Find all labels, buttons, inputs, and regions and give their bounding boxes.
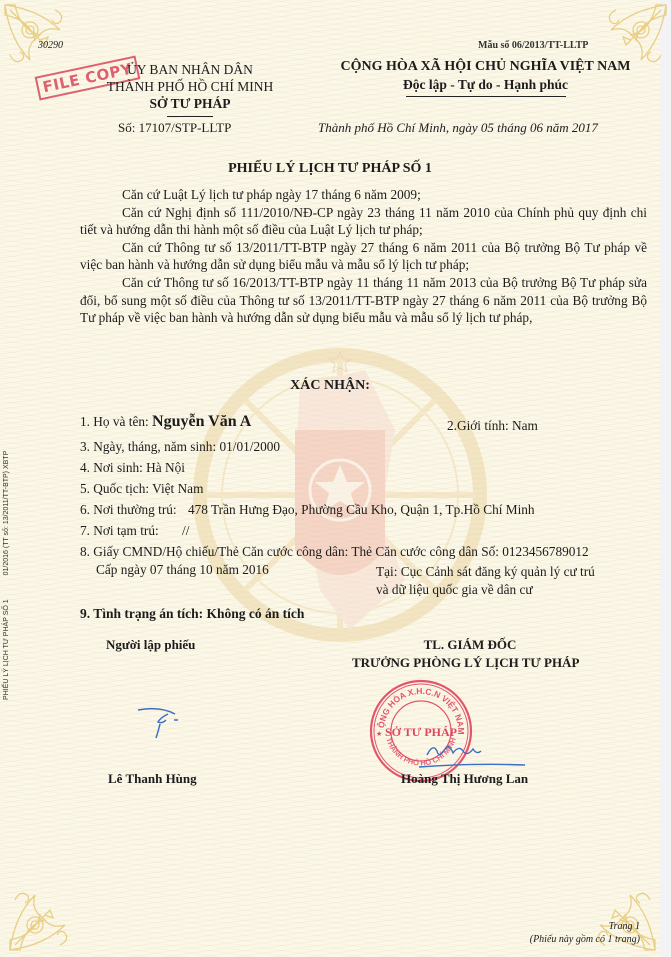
document-title: PHIẾU LÝ LỊCH TƯ PHÁP SỐ 1 xyxy=(0,161,660,177)
serial-number: 30290 xyxy=(38,40,63,51)
agency-line-2: THÀNH PHỐ HỒ CHÍ MINH xyxy=(100,78,280,95)
field-full-name: 1. Họ và tên: Nguyễn Văn A xyxy=(80,413,251,431)
preparer-signature xyxy=(130,700,200,750)
full-name-value: Nguyễn Văn A xyxy=(152,413,251,430)
permanent-label: 6. Nơi thường trú: xyxy=(80,502,177,517)
temporary-label: 7. Nơi tạm trú: xyxy=(80,523,159,538)
field-permanent-address: 6. Nơi thường trú: 478 Trần Hưng Đạo, Ph… xyxy=(80,501,535,519)
legal-basis-4: Căn cứ Thông tư số 16/2013/TT-BTP ngày 1… xyxy=(80,274,647,327)
scan-edge xyxy=(660,0,671,957)
place-date: Thành phố Hồ Chí Minh, ngày 05 tháng 06 … xyxy=(318,120,598,136)
nationality-label: 5. Quốc tịch: xyxy=(80,481,149,496)
margin-note: PHIẾU LÝ LỊCH TƯ PHÁP SỐ 1 01/2016 (TT s… xyxy=(3,429,10,700)
gender-value: Nam xyxy=(512,418,538,433)
document-number: Số: 17107/STP-LLTP xyxy=(118,120,231,136)
form-code: Mẫu số 06/2013/TT-LLTP xyxy=(478,40,588,51)
legal-basis-3: Căn cứ Thông tư số 13/2011/TT-BTP ngày 2… xyxy=(80,239,647,274)
agency-line-3: SỞ TƯ PHÁP xyxy=(100,95,280,112)
legal-bases: Căn cứ Luật Lý lịch tư pháp ngày 17 thán… xyxy=(80,186,647,327)
legal-basis-2: Căn cứ Nghị định số 111/2010/NĐ-CP ngày … xyxy=(80,204,647,239)
page-number: Trang 1 xyxy=(500,920,640,933)
field-gender: 2.Giới tính: Nam xyxy=(447,417,538,435)
legal-basis-1: Căn cứ Luật Lý lịch tư pháp ngày 17 thán… xyxy=(80,186,647,204)
page-count-note: (Phiếu này gồm có 1 trang) xyxy=(500,933,640,946)
approver-signature xyxy=(415,735,535,775)
approver-title-1: TL. GIÁM ĐỐC xyxy=(0,637,671,653)
id-issue-place-1: Tại: Cục Cảnh sát đăng ký quản lý cư trú xyxy=(376,563,595,581)
agency-line-1: ỦY BAN NHÂN DÂN xyxy=(100,61,280,78)
nation-motto: Độc lập - Tự do - Hạnh phúc xyxy=(308,76,663,94)
criminal-record-status: 9. Tình trạng án tích: Không có án tích xyxy=(80,605,304,623)
field-temporary-address: 7. Nơi tạm trú: // xyxy=(80,522,189,540)
full-name-label: 1. Họ và tên: xyxy=(80,414,149,429)
permanent-value: 478 Trần Hưng Đạo, Phường Cầu Kho, Quận … xyxy=(188,502,535,517)
motto-divider xyxy=(406,96,566,97)
agency-divider xyxy=(167,116,213,117)
birthplace-label: 4. Nơi sinh: xyxy=(80,460,143,475)
svg-text:★: ★ xyxy=(376,730,382,738)
nation-name: CỘNG HÒA XÃ HỘI CHỦ NGHĨA VIỆT NAM xyxy=(308,58,663,76)
temporary-value: // xyxy=(182,523,189,538)
field-nationality: 5. Quốc tịch: Việt Nam xyxy=(80,480,203,498)
id-issue-place-2: và dữ liệu quốc gia về dân cư xyxy=(376,581,533,599)
field-dob: 3. Ngày, tháng, năm sinh: 01/01/2000 xyxy=(80,438,280,456)
gender-label: 2.Giới tính: xyxy=(447,418,509,433)
issuing-agency: ỦY BAN NHÂN DÂN THÀNH PHỐ HỒ CHÍ MINH SỞ… xyxy=(100,61,280,122)
corner-ornament-bottom-left xyxy=(5,835,125,955)
id-issue-date: Cấp ngày 07 tháng 10 năm 2016 xyxy=(96,561,269,579)
field-birthplace: 4. Nơi sinh: Hà Nội xyxy=(80,459,185,477)
id-value: Thẻ Căn cước công dân Số: 0123456789012 xyxy=(351,544,588,559)
preparer-name: Lê Thanh Hùng xyxy=(108,771,197,787)
confirm-heading: XÁC NHẬN: xyxy=(0,378,660,394)
approver-name: Hoàng Thị Hương Lan xyxy=(401,771,528,787)
national-motto: CỘNG HÒA XÃ HỘI CHỦ NGHĨA VIỆT NAM Độc l… xyxy=(308,58,663,97)
id-label: 8. Giấy CMND/Hộ chiếu/Thẻ Căn cước công … xyxy=(80,544,348,559)
field-id-document: 8. Giấy CMND/Hộ chiếu/Thẻ Căn cước công … xyxy=(80,543,589,561)
margin-note-left: PHIẾU LÝ LỊCH TƯ PHÁP SỐ 1 xyxy=(3,599,10,700)
dob-label: 3. Ngày, tháng, năm sinh: xyxy=(80,439,216,454)
margin-note-right: 01/2016 (TT số: 13/2011/TT-BTP) XBTP xyxy=(3,451,10,576)
nationality-value: Việt Nam xyxy=(152,481,203,496)
birthplace-value: Hà Nội xyxy=(146,460,185,475)
approver-title-2: TRƯỞNG PHÒNG LÝ LỊCH TƯ PHÁP xyxy=(352,655,579,671)
page-footer: Trang 1 (Phiếu này gồm có 1 trang) xyxy=(500,920,640,946)
dob-value: 01/01/2000 xyxy=(219,439,280,454)
